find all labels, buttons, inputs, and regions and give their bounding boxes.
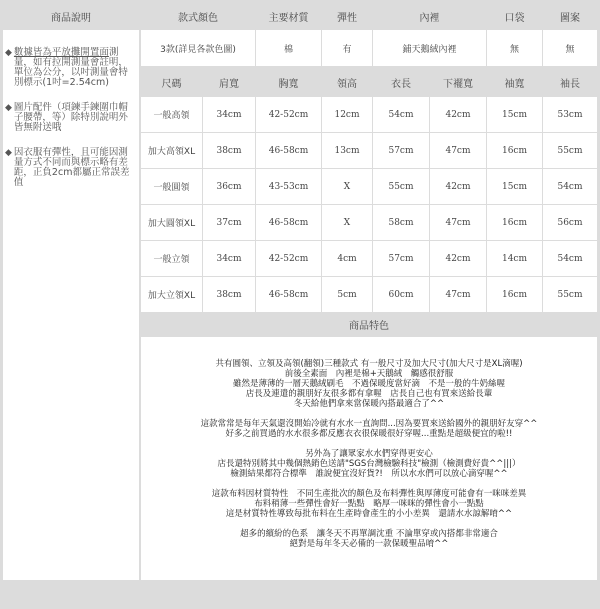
size-cell-sleeve-length: 56cm bbox=[543, 205, 597, 240]
feature-line: 超多的繽紛的色系 讓冬天不再單調沈重 不論單穿或內搭都非常適合 bbox=[141, 529, 597, 539]
size-cell-chest: 46-58cm bbox=[256, 205, 321, 240]
feature-paragraph: 超多的繽紛的色系 讓冬天不再單調沈重 不論單穿或內搭都非常適合絕對是每年冬天必備… bbox=[141, 529, 597, 549]
product-notes-panel: ◆ 數據皆為平放攤開置面測量，如有拉開測量會註明，單位為公分，以吋測量會特別標示… bbox=[3, 30, 139, 580]
size-cell-shoulder: 34cm bbox=[203, 241, 255, 276]
size-header-size: 尺碼 bbox=[141, 68, 202, 96]
diamond-bullet-icon: ◆ bbox=[5, 148, 12, 188]
size-cell-chest: 42-52cm bbox=[256, 241, 321, 276]
feature-line: 絕對是每年冬天必備的一款保暖聖品唷^^ bbox=[141, 539, 597, 549]
header-elasticity: 彈性 bbox=[322, 4, 372, 29]
size-cell-length: 58cm bbox=[373, 205, 429, 240]
size-cell-chest: 42-52cm bbox=[256, 97, 321, 132]
size-cell-chest: 46-58cm bbox=[256, 133, 321, 168]
size-cell-sleeve-length: 54cm bbox=[543, 169, 597, 204]
header-style-color: 款式顏色 bbox=[141, 4, 255, 29]
size-cell-chest: 43-53cm bbox=[256, 169, 321, 204]
feature-line: 好多之前買過的水水很多都反應衣衣很保暖很好穿喔...重點是超級便宜的啦!! bbox=[141, 429, 597, 439]
size-cell-sleeve-width: 15cm bbox=[487, 97, 542, 132]
size-cell-sleeve-width: 16cm bbox=[487, 133, 542, 168]
size-cell-sleeve-width: 16cm bbox=[487, 205, 542, 240]
size-cell-length: 57cm bbox=[373, 133, 429, 168]
size-cell-size: 加大圓領XL bbox=[141, 205, 202, 240]
note-measurement: ◆ 數據皆為平放攤開置面測量，如有拉開測量會註明，單位為公分，以吋測量會特別標示… bbox=[5, 48, 135, 88]
feature-line: 店長及連遣的親朋好友很多都有拿喔 店長自己也有買來送給長輩 bbox=[141, 389, 597, 399]
feature-line: 店長還特別將其中幾個熱銷色送請"SGS台灣檢驗科技"檢測（檢測費好貴^^|||） bbox=[141, 459, 597, 469]
size-cell-shoulder: 34cm bbox=[203, 97, 255, 132]
feature-paragraph: 共有圓領、立領及高領(翻領)三種款式 有一般尺寸及加大尺寸(加大尺寸是XL滴喔)… bbox=[141, 359, 597, 409]
feature-line: 布料稍薄一些彈性會好一點點 略厚一咪咪的彈性會小一點點 bbox=[141, 499, 597, 509]
size-cell-collar: 5cm bbox=[322, 277, 372, 312]
size-cell-sleeve-width: 15cm bbox=[487, 169, 542, 204]
size-cell-collar: 12cm bbox=[322, 97, 372, 132]
header-description: 商品說明 bbox=[3, 4, 139, 29]
size-cell-size: 加大立領XL bbox=[141, 277, 202, 312]
size-cell-hem: 42cm bbox=[430, 241, 486, 276]
size-cell-shoulder: 37cm bbox=[203, 205, 255, 240]
size-cell-collar: X bbox=[322, 169, 372, 204]
size-cell-collar: 13cm bbox=[322, 133, 372, 168]
size-cell-size: 加大高領XL bbox=[141, 133, 202, 168]
feature-line: 這款常常是每年天氣還沒開始冷就有水水一直詢問...因為要買來送給國外的親朋好友穿… bbox=[141, 419, 597, 429]
size-header-collar: 領高 bbox=[322, 68, 372, 96]
info-material: 棉 bbox=[256, 30, 321, 66]
note-accessories: ◆ 圖片配件（項鍊手鍊圍巾帽子腰帶，等）除特別說明外皆無附送哦 bbox=[5, 103, 135, 133]
diamond-bullet-icon: ◆ bbox=[5, 103, 12, 133]
size-cell-sleeve-length: 54cm bbox=[543, 241, 597, 276]
size-header-hem: 下襬寬 bbox=[430, 68, 486, 96]
feature-line: 這是材質特性導致每批布料在生產時會產生的小小差異 還請水水諒解唷^^ bbox=[141, 509, 597, 519]
size-cell-shoulder: 36cm bbox=[203, 169, 255, 204]
feature-paragraph: 這款布料因材質特性 不同生產批次的顏色及布料彈性與厚薄度可能會有一咪咪差異布料稍… bbox=[141, 489, 597, 519]
size-header-chest: 胸寬 bbox=[256, 68, 321, 96]
size-cell-shoulder: 38cm bbox=[203, 133, 255, 168]
size-header-sleeve-width: 袖寬 bbox=[487, 68, 542, 96]
size-cell-hem: 42cm bbox=[430, 97, 486, 132]
info-lining: 鋪天鵝絨內裡 bbox=[373, 30, 486, 66]
size-cell-hem: 42cm bbox=[430, 169, 486, 204]
size-cell-length: 60cm bbox=[373, 277, 429, 312]
features-panel: 共有圓領、立領及高領(翻領)三種款式 有一般尺寸及加大尺寸(加大尺寸是XL滴喔)… bbox=[141, 337, 597, 580]
feature-paragraph: 這款常常是每年天氣還沒開始冷就有水水一直詢問...因為要買來送給國外的親朋好友穿… bbox=[141, 419, 597, 439]
header-lining: 內裡 bbox=[373, 4, 486, 29]
size-cell-size: 一般高領 bbox=[141, 97, 202, 132]
feature-line: 檢測結果都符合標準 誰說便宜沒好貨?! 所以水水們可以放心滴穿喔^^ bbox=[141, 469, 597, 479]
feature-paragraph: 另外為了讓眾家水水們穿得更安心店長還特別將其中幾個熱銷色送請"SGS台灣檢驗科技… bbox=[141, 449, 597, 479]
size-cell-hem: 47cm bbox=[430, 205, 486, 240]
feature-line: 共有圓領、立領及高領(翻領)三種款式 有一般尺寸及加大尺寸(加大尺寸是XL滴喔) bbox=[141, 359, 597, 369]
header-pattern: 圖案 bbox=[543, 4, 597, 29]
size-cell-sleeve-length: 53cm bbox=[543, 97, 597, 132]
size-cell-length: 55cm bbox=[373, 169, 429, 204]
size-cell-chest: 46-58cm bbox=[256, 277, 321, 312]
size-cell-collar: X bbox=[322, 205, 372, 240]
size-cell-sleeve-width: 16cm bbox=[487, 277, 542, 312]
info-pocket: 無 bbox=[487, 30, 542, 66]
features-title: 商品特色 bbox=[141, 312, 597, 336]
size-cell-length: 57cm bbox=[373, 241, 429, 276]
feature-line: 前後全素面 內裡是棉+天鵝絨 觸感很舒服 bbox=[141, 369, 597, 379]
size-cell-size: 一般圓領 bbox=[141, 169, 202, 204]
size-cell-sleeve-length: 55cm bbox=[543, 133, 597, 168]
feature-line: 雖然是薄薄的一層天鵝絨刷毛 不過保暖度當好滴 不是一般的牛奶絲喔 bbox=[141, 379, 597, 389]
feature-line: 另外為了讓眾家水水們穿得更安心 bbox=[141, 449, 597, 459]
info-pattern: 無 bbox=[543, 30, 597, 66]
note-tolerance: ◆ 因衣服有彈性，且可能因測量方式不同而與標示略有差距，正負2cm都屬正常誤差值 bbox=[5, 148, 135, 188]
size-cell-sleeve-length: 55cm bbox=[543, 277, 597, 312]
size-cell-collar: 4cm bbox=[322, 241, 372, 276]
feature-line: 冬天給他們拿來當保暖內搭最適合了^^ bbox=[141, 399, 597, 409]
info-elasticity: 有 bbox=[322, 30, 372, 66]
note-tolerance-text: 因衣服有彈性，且可能因測量方式不同而與標示略有差距，正負2cm都屬正常誤差值 bbox=[14, 148, 135, 188]
diamond-bullet-icon: ◆ bbox=[5, 48, 12, 88]
size-cell-hem: 47cm bbox=[430, 133, 486, 168]
size-header-shoulder: 肩寬 bbox=[203, 68, 255, 96]
info-style-color: 3款(詳見各款色圖) bbox=[141, 30, 255, 66]
size-header-length: 衣長 bbox=[373, 68, 429, 96]
header-material: 主要材質 bbox=[256, 4, 321, 29]
size-cell-shoulder: 38cm bbox=[203, 277, 255, 312]
size-cell-size: 一般立領 bbox=[141, 241, 202, 276]
size-cell-sleeve-width: 14cm bbox=[487, 241, 542, 276]
size-cell-hem: 47cm bbox=[430, 277, 486, 312]
feature-line: 這款布料因材質特性 不同生產批次的顏色及布料彈性與厚薄度可能會有一咪咪差異 bbox=[141, 489, 597, 499]
note-accessories-text: 圖片配件（項鍊手鍊圍巾帽子腰帶，等）除特別說明外皆無附送哦 bbox=[14, 103, 135, 133]
size-header-sleeve-length: 袖長 bbox=[543, 68, 597, 96]
size-cell-length: 54cm bbox=[373, 97, 429, 132]
header-pocket: 口袋 bbox=[487, 4, 542, 29]
